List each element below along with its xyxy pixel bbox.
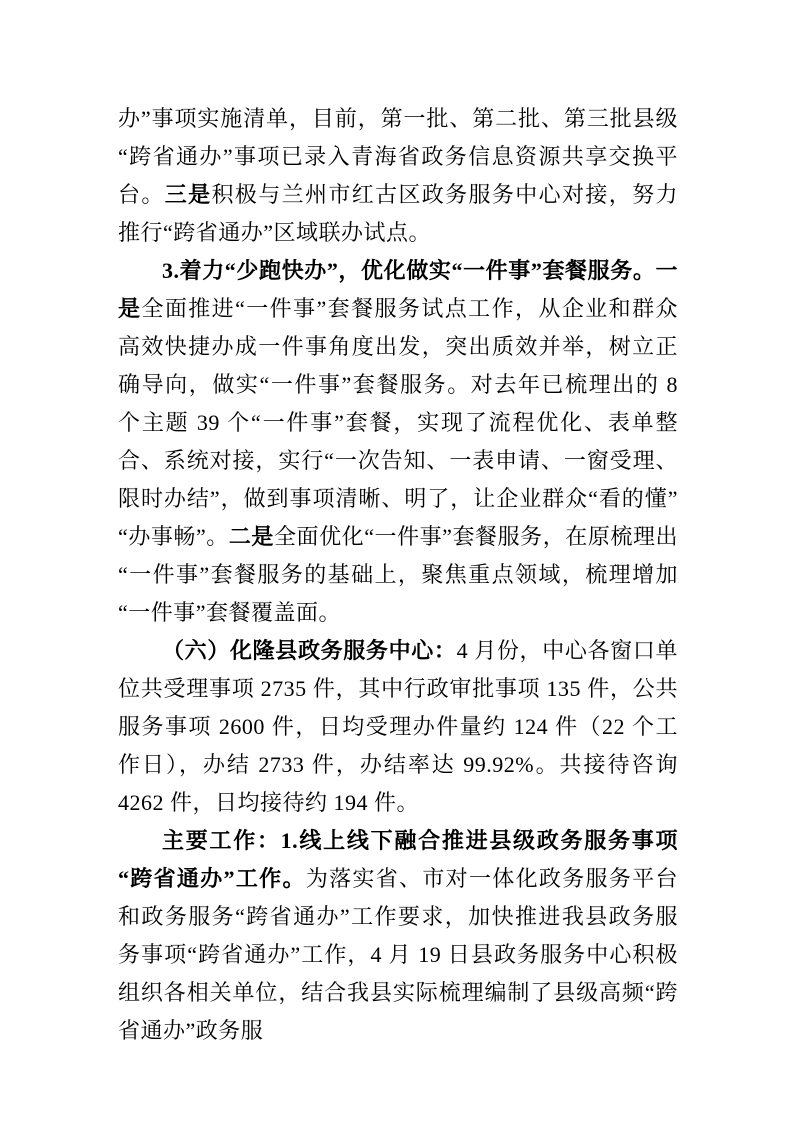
paragraph: 办”事项实施清单，目前，第一批、第二批、第三批县级“跨省通办”事项已录入青海省政… [118, 100, 678, 252]
text-run: 全面推进“一件事”套餐服务试点工作，从企业和群众高效快捷办成一件事角度出发，突出… [118, 296, 678, 549]
text-run: 3.着力“少跑快办”，优化做实“一件事”套餐服务。 [162, 258, 655, 283]
text-run: 二是 [229, 524, 274, 549]
text-run: 三是 [165, 182, 212, 207]
paragraph: 主要工作：1.线上线下融合推进县级政务服务事项“跨省通办”工作。为落实省、市对一… [118, 822, 678, 1050]
document-body: 办”事项实施清单，目前，第一批、第二批、第三批县级“跨省通办”事项已录入青海省政… [118, 100, 678, 1050]
text-run: 4 月份，中心各窗口单位共受理事项 2735 件，其中行政审批事项 135 件，… [118, 638, 678, 815]
text-run: 为落实省、市对一体化政务服务平台和政务服务“跨省通办”工作要求，加快推进我县政务… [118, 866, 678, 1043]
paragraph: 3.着力“少跑快办”，优化做实“一件事”套餐服务。一是全面推进“一件事”套餐服务… [118, 252, 678, 632]
text-run: （六）化隆县政务服务中心： [162, 638, 457, 663]
document-page: 办”事项实施清单，目前，第一批、第二批、第三批县级“跨省通办”事项已录入青海省政… [0, 0, 793, 1122]
paragraph: （六）化隆县政务服务中心：4 月份，中心各窗口单位共受理事项 2735 件，其中… [118, 632, 678, 822]
